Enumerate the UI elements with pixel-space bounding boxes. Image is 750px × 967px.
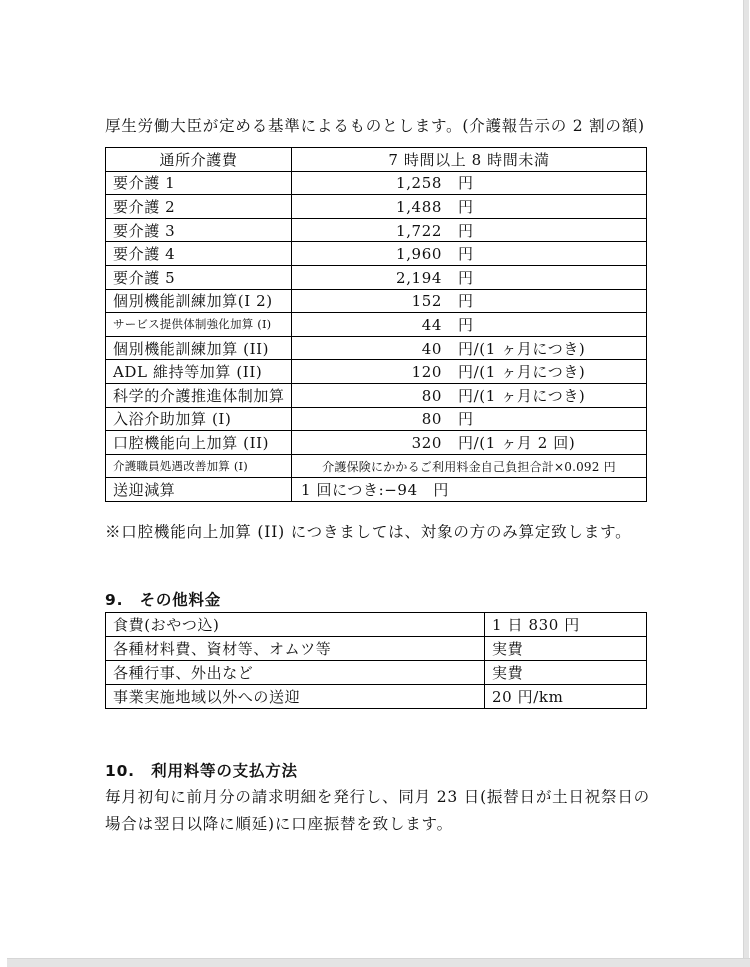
table-row: 個別機能訓練加算 (II) 40円/(1 ヶ月につき): [106, 336, 647, 360]
fee-amount: 320: [292, 434, 442, 452]
section10-title: 10. 利用料等の支払方法: [105, 759, 298, 781]
table-row: 各種行事、外出など 実費: [106, 661, 647, 685]
other-fee-value: 20 円/km: [485, 685, 647, 709]
fee-table-note: ※口腔機能向上加算 (II) につきましては、対象の方のみ算定致します。: [105, 520, 631, 542]
fee-amount: 80: [292, 387, 442, 405]
table-row: 要介護 1 1,258円: [106, 171, 647, 195]
fee-row-value: 40円/(1 ヶ月につき): [292, 336, 647, 360]
fee-row-label: 要介護 4: [106, 242, 292, 266]
fee-row-value: 1,722円: [292, 218, 647, 242]
table-row: 食費(おやつ込) 1 日 830 円: [106, 613, 647, 637]
fee-row-value: 80円: [292, 407, 647, 431]
fee-amount: 1,488: [292, 198, 442, 216]
fee-row-label: 入浴介助加算 (I): [106, 407, 292, 431]
intro-note: 厚生労働大臣が定める基準によるものとします。(介護報告示の 2 割の額): [105, 116, 665, 137]
other-fees-table: 食費(おやつ込) 1 日 830 円 各種材料費、資材等、オムツ等 実費 各種行…: [105, 612, 647, 709]
fee-unit: 円/(1 ヶ月につき): [458, 338, 585, 359]
fee-row-label: 科学的介護推進体制加算: [106, 383, 292, 407]
fee-row-label: 介護職員処遇改善加算 (I): [106, 454, 292, 478]
fee-amount: 2,194: [292, 269, 442, 287]
table-row: 口腔機能向上加算 (II) 320円/(1 ヶ月 2 回): [106, 431, 647, 455]
table-row: 個別機能訓練加算(I 2) 152円: [106, 289, 647, 313]
fee-amount: 120: [292, 363, 442, 381]
table-row: サービス提供体制強化加算 (I) 44円: [106, 313, 647, 337]
fee-row-value: 1 回につき:−94 円: [292, 478, 647, 502]
table-row: 入浴介助加算 (I) 80円: [106, 407, 647, 431]
fee-table-header-row: 通所介護費 7 時間以上 8 時間未満: [106, 148, 647, 172]
fee-table-col2-header: 7 時間以上 8 時間未満: [292, 148, 647, 172]
fee-amount: 40: [292, 340, 442, 358]
section10-body: 毎月初旬に前月分の請求明細を発行し、同月 23 日(振替日が土日祝祭日の場合は翌…: [105, 784, 650, 837]
table-row: 要介護 3 1,722円: [106, 218, 647, 242]
fee-unit: 円: [458, 220, 474, 241]
table-row: 要介護 2 1,488円: [106, 195, 647, 219]
table-row: 介護職員処遇改善加算 (I) 介護保険にかかるご利用料金自己負担合計×0.092…: [106, 454, 647, 478]
fee-table-col1-header: 通所介護費: [106, 148, 292, 172]
fee-amount: 80: [292, 410, 442, 428]
page-edge-bottom: [7, 958, 750, 967]
table-row: 要介護 4 1,960円: [106, 242, 647, 266]
fee-row-value: 152円: [292, 289, 647, 313]
table-row: 要介護 5 2,194円: [106, 265, 647, 289]
fee-row-value: 1,488円: [292, 195, 647, 219]
fee-row-label: サービス提供体制強化加算 (I): [106, 313, 292, 337]
other-fee-label: 各種行事、外出など: [106, 661, 485, 685]
fee-row-value: 80円/(1 ヶ月につき): [292, 383, 647, 407]
fee-unit: 円: [458, 408, 474, 429]
fee-row-label: 個別機能訓練加算(I 2): [106, 289, 292, 313]
fee-row-value: 44円: [292, 313, 647, 337]
fee-row-value: 2,194円: [292, 265, 647, 289]
fee-row-label: 要介護 5: [106, 265, 292, 289]
fee-unit: 円/(1 ヶ月につき): [458, 361, 585, 382]
table-row: 科学的介護推進体制加算 80円/(1 ヶ月につき): [106, 383, 647, 407]
fee-row-value: 320円/(1 ヶ月 2 回): [292, 431, 647, 455]
fee-row-label: 要介護 3: [106, 218, 292, 242]
other-fee-label: 各種材料費、資材等、オムツ等: [106, 637, 485, 661]
fee-row-value: 1,960円: [292, 242, 647, 266]
table-row: 事業実施地域以外への送迎 20 円/km: [106, 685, 647, 709]
fee-unit: 円: [458, 172, 474, 193]
fee-row-label: 要介護 2: [106, 195, 292, 219]
other-fee-label: 事業実施地域以外への送迎: [106, 685, 485, 709]
fee-unit: 円: [458, 314, 474, 335]
fee-unit: 円: [458, 243, 474, 264]
fee-amount: 1,722: [292, 222, 442, 240]
fee-amount: 44: [292, 316, 442, 334]
fee-row-value: 120円/(1 ヶ月につき): [292, 360, 647, 384]
fee-amount: 152: [292, 292, 442, 310]
fee-row-label: 口腔機能向上加算 (II): [106, 431, 292, 455]
other-fee-value: 実費: [485, 637, 647, 661]
fee-amount: 1,960: [292, 245, 442, 263]
other-fee-value: 1 日 830 円: [485, 613, 647, 637]
fee-row-value: 1,258円: [292, 171, 647, 195]
fee-table: 通所介護費 7 時間以上 8 時間未満 要介護 1 1,258円 要介護 2 1…: [105, 147, 647, 502]
fee-unit: 円: [458, 290, 474, 311]
fee-row-label: 個別機能訓練加算 (II): [106, 336, 292, 360]
fee-unit: 円: [458, 196, 474, 217]
fee-row-label: ADL 維持等加算 (II): [106, 360, 292, 384]
section9-title: 9. その他料金: [105, 588, 221, 610]
document-page: 厚生労働大臣が定める基準によるものとします。(介護報告示の 2 割の額) 通所介…: [0, 0, 750, 967]
table-row: 送迎減算 1 回につき:−94 円: [106, 478, 647, 502]
other-fee-label: 食費(おやつ込): [106, 613, 485, 637]
fee-row-label: 送迎減算: [106, 478, 292, 502]
table-row: 各種材料費、資材等、オムツ等 実費: [106, 637, 647, 661]
fee-unit: 円/(1 ヶ月につき): [458, 385, 585, 406]
table-row: ADL 維持等加算 (II) 120円/(1 ヶ月につき): [106, 360, 647, 384]
fee-unit: 円: [458, 267, 474, 288]
fee-unit: 円/(1 ヶ月 2 回): [458, 432, 575, 453]
fee-row-value: 介護保険にかかるご利用料金自己負担合計×0.092 円: [292, 454, 647, 478]
other-fee-value: 実費: [485, 661, 647, 685]
fee-amount: 1,258: [292, 174, 442, 192]
page-edge-right: [743, 0, 749, 959]
fee-row-label: 要介護 1: [106, 171, 292, 195]
